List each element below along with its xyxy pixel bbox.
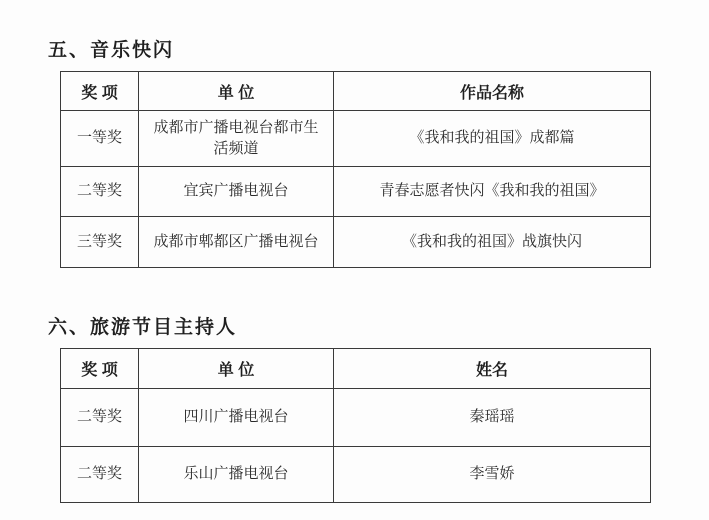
- unit-cell: 成都市广播电视台都市生活频道: [139, 111, 334, 167]
- award-cell: 二等奖: [61, 389, 139, 447]
- header-award: 奖 项: [61, 72, 139, 111]
- unit-cell: 乐山广播电视台: [139, 447, 334, 503]
- header-name: 姓名: [334, 349, 651, 389]
- section-title-music-flashmob: 五、音乐快闪: [48, 40, 709, 62]
- header-unit: 单 位: [139, 349, 334, 389]
- music-flashmob-award-table: 奖 项 单 位 作品名称 一等奖 成都市广播电视台都市生活频道 《我和我的祖国》…: [60, 71, 651, 268]
- name-cell: 李雪娇: [334, 447, 651, 503]
- header-work-name: 作品名称: [334, 72, 651, 111]
- table-row: 二等奖 乐山广播电视台 李雪娇: [61, 447, 651, 503]
- header-award: 奖 项: [61, 349, 139, 389]
- award-cell: 三等奖: [61, 217, 139, 268]
- award-cell: 一等奖: [61, 111, 139, 167]
- work-cell: 《我和我的祖国》成都篇: [334, 111, 651, 167]
- award-cell: 二等奖: [61, 447, 139, 503]
- table-row: 三等奖 成都市郫都区广播电视台 《我和我的祖国》战旗快闪: [61, 217, 651, 268]
- document-page: 五、音乐快闪 奖 项 单 位 作品名称 一等奖 成都市广播电视台都市生活频道 《…: [0, 0, 709, 520]
- table-header-row: 奖 项 单 位 姓名: [61, 349, 651, 389]
- work-cell: 青春志愿者快闪《我和我的祖国》: [334, 167, 651, 217]
- unit-cell: 宜宾广播电视台: [139, 167, 334, 217]
- unit-cell: 成都市郫都区广播电视台: [139, 217, 334, 268]
- header-unit: 单 位: [139, 72, 334, 111]
- table-header-row: 奖 项 单 位 作品名称: [61, 72, 651, 111]
- award-cell: 二等奖: [61, 167, 139, 217]
- section-title-travel-program-host: 六、旅游节目主持人: [48, 317, 709, 339]
- unit-cell: 四川广播电视台: [139, 389, 334, 447]
- table-row: 二等奖 四川广播电视台 秦瑶瑶: [61, 389, 651, 447]
- table-row: 二等奖 宜宾广播电视台 青春志愿者快闪《我和我的祖国》: [61, 167, 651, 217]
- table-row: 一等奖 成都市广播电视台都市生活频道 《我和我的祖国》成都篇: [61, 111, 651, 167]
- work-cell: 《我和我的祖国》战旗快闪: [334, 217, 651, 268]
- name-cell: 秦瑶瑶: [334, 389, 651, 447]
- travel-host-award-table: 奖 项 单 位 姓名 二等奖 四川广播电视台 秦瑶瑶 二等奖 乐山广播电视台 李…: [60, 348, 651, 503]
